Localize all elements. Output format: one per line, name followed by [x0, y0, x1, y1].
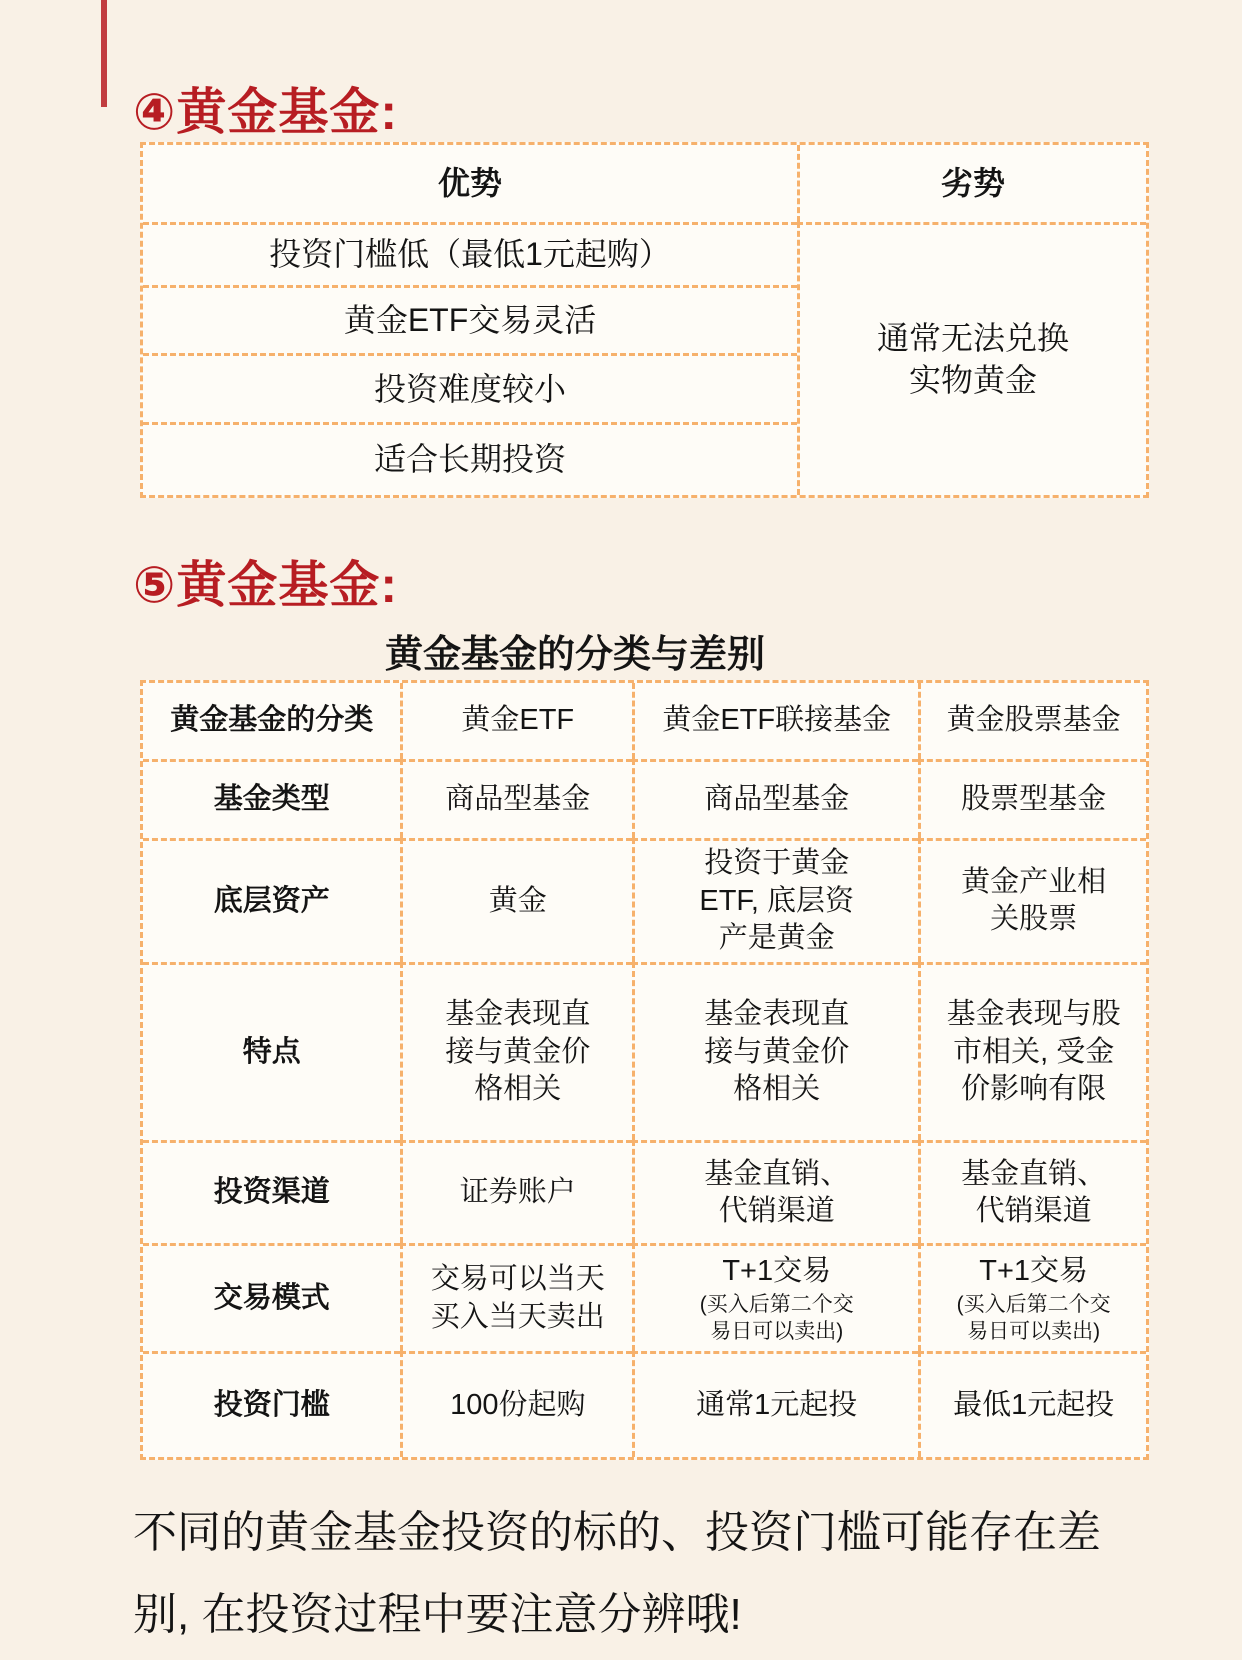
table-cell: 股票型基金: [918, 759, 1146, 837]
cell-main-text: T+1交易: [722, 1253, 831, 1291]
table-cell: 交易可以当天 买入当天卖出: [400, 1243, 632, 1351]
pros-cons-table: 优势 劣势 投资门槛低（最低1元起购） 黄金ETF交易灵活 投资难度较小 适合长…: [140, 142, 1149, 498]
advantage-row: 投资门槛低（最低1元起购）: [143, 222, 797, 285]
row-label: 特点: [143, 962, 400, 1140]
table-cell: 基金直销、 代销渠道: [632, 1140, 918, 1243]
table-cell: 商品型基金: [400, 759, 632, 837]
footer-note: 不同的黄金基金投资的标的、投资门槛可能存在差 别, 在投资过程中要注意分辨哦!: [133, 1492, 1163, 1656]
table-cell: 黄金ETF: [400, 683, 632, 759]
cell-main-text: T+1交易: [979, 1253, 1088, 1291]
advantage-row: 适合长期投资: [143, 422, 797, 495]
section5-title: ⑤黄金基金:: [133, 545, 398, 617]
table-cell: 最低1元起投: [918, 1351, 1146, 1457]
table-cell: 基金表现直 接与黄金价 格相关: [400, 962, 632, 1140]
advantage-row: 投资难度较小: [143, 353, 797, 422]
table-cell: 基金表现直 接与黄金价 格相关: [632, 962, 918, 1140]
row-label: 交易模式: [143, 1243, 400, 1351]
row-label: 投资门槛: [143, 1351, 400, 1457]
classification-table: 黄金基金的分类 黄金ETF 黄金ETF联接基金 黄金股票基金 基金类型 商品型基…: [140, 680, 1149, 1460]
table-cell: 100份起购: [400, 1351, 632, 1457]
row-label: 黄金基金的分类: [143, 683, 400, 759]
table-cell: 投资于黄金 ETF, 底层资 产是黄金: [632, 838, 918, 962]
infographic-page: ④黄金基金: 优势 劣势 投资门槛低（最低1元起购） 黄金ETF交易灵活 投资难…: [0, 0, 1242, 1660]
table-cell: 通常1元起投: [632, 1351, 918, 1457]
table-cell: 黄金产业相 关股票: [918, 838, 1146, 962]
disadvantage-cell: 通常无法兑换 实物黄金: [797, 222, 1146, 495]
table-cell: 基金直销、 代销渠道: [918, 1140, 1146, 1243]
row-label: 投资渠道: [143, 1140, 400, 1243]
cell-sub-text: (买入后第二个交 易日可以卖出): [957, 1292, 1111, 1345]
table-cell: 黄金股票基金: [918, 683, 1146, 759]
classification-table-title: 黄金基金的分类与差别: [140, 623, 1010, 678]
row-label: 底层资产: [143, 838, 400, 962]
decorative-frame-line: [101, 0, 107, 107]
table-cell: 商品型基金: [632, 759, 918, 837]
section4-title: ④黄金基金:: [133, 72, 398, 144]
cell-sub-text: (买入后第二个交 易日可以卖出): [700, 1292, 854, 1345]
row-label: 基金类型: [143, 759, 400, 837]
disadvantages-header: 劣势: [797, 145, 1146, 222]
table-cell: T+1交易 (买入后第二个交 易日可以卖出): [632, 1243, 918, 1351]
advantage-row: 黄金ETF交易灵活: [143, 285, 797, 354]
table-cell: 黄金ETF联接基金: [632, 683, 918, 759]
table-cell: 基金表现与股 市相关, 受金 价影响有限: [918, 962, 1146, 1140]
table-cell: 黄金: [400, 838, 632, 962]
table-cell: 证券账户: [400, 1140, 632, 1243]
advantages-header: 优势: [143, 145, 797, 222]
table-cell: T+1交易 (买入后第二个交 易日可以卖出): [918, 1243, 1146, 1351]
